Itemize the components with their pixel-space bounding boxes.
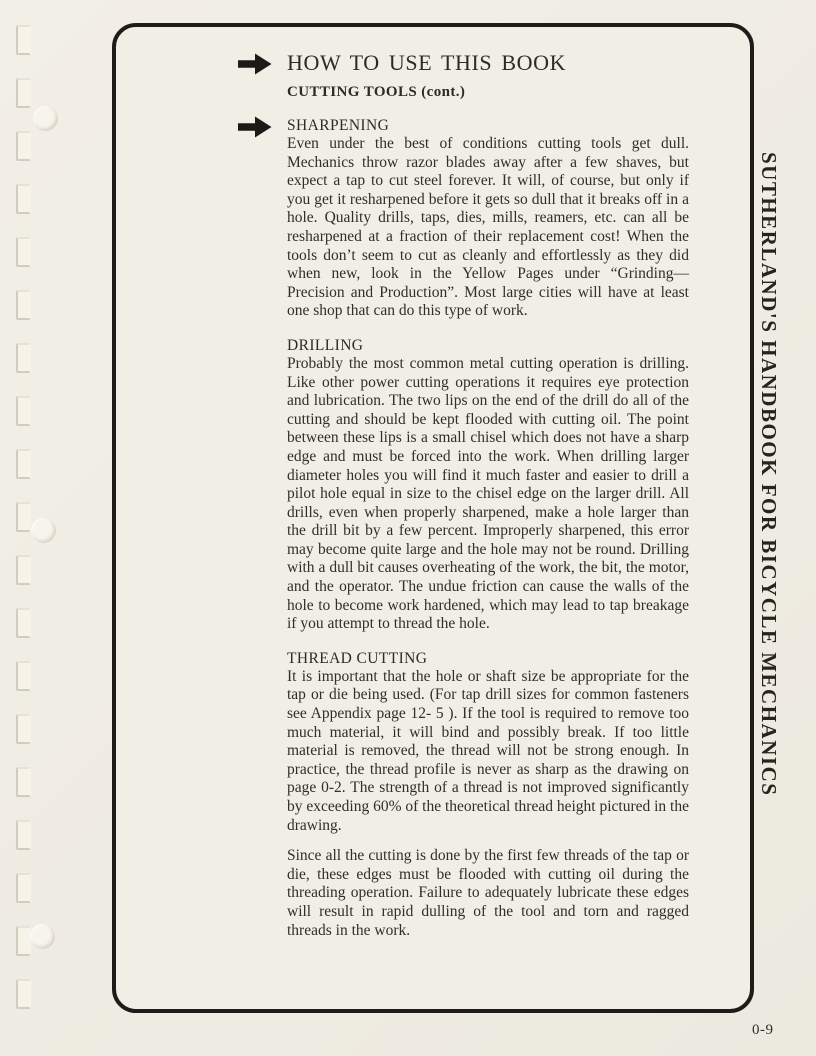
- section-paragraph: Since all the cutting is done by the fir…: [287, 847, 689, 940]
- arrow-right-icon: [238, 116, 272, 138]
- binding-mark: [16, 714, 31, 744]
- section-paragraph: Even under the best of conditions cuttin…: [287, 135, 689, 321]
- binding-mark: [16, 184, 31, 214]
- binding-mark: [16, 237, 31, 267]
- binder-ring-mark: [30, 924, 55, 949]
- binding-mark: [16, 608, 31, 638]
- section-thread-cutting: THREAD CUTTING It is important that the …: [287, 649, 689, 940]
- binding-mark: [16, 661, 31, 691]
- binding-mark: [16, 820, 31, 850]
- binding-mark: [16, 25, 31, 55]
- binding-mark: [16, 290, 31, 320]
- text-column: HOW TO USE THIS BOOK CUTTING TOOLS (cont…: [287, 49, 689, 940]
- book-title-sidebar: SUTHERLAND'S HANDBOOK FOR BICYCLE MECHAN…: [756, 152, 781, 796]
- arrow-right-icon: [238, 53, 272, 75]
- page-subtitle: CUTTING TOOLS (cont.): [287, 83, 689, 101]
- binding-mark: [16, 926, 31, 956]
- title-row: HOW TO USE THIS BOOK: [287, 49, 689, 77]
- content-frame: HOW TO USE THIS BOOK CUTTING TOOLS (cont…: [112, 23, 754, 1013]
- binding-mark: [16, 767, 31, 797]
- page-title: HOW TO USE THIS BOOK: [287, 49, 689, 77]
- binder-ring-mark: [33, 106, 58, 131]
- section-drilling: DRILLING Probably the most common metal …: [287, 336, 689, 634]
- section-heading: THREAD CUTTING: [287, 649, 689, 668]
- section-heading: DRILLING: [287, 336, 689, 355]
- binding-mark: [16, 396, 31, 426]
- binding-mark: [16, 449, 31, 479]
- scanned-book-page: HOW TO USE THIS BOOK CUTTING TOOLS (cont…: [0, 0, 816, 1056]
- section-paragraph: Probably the most common metal cutting o…: [287, 355, 689, 634]
- binder-ring-mark: [31, 518, 56, 543]
- binding-mark: [16, 343, 31, 373]
- binding-mark: [16, 502, 31, 532]
- binding-mark: [16, 555, 31, 585]
- section-sharpening: SHARPENING Even under the best of condit…: [287, 116, 689, 321]
- page-number: 0-9: [752, 1022, 774, 1039]
- binding-mark: [16, 979, 31, 1009]
- section-paragraph: It is important that the hole or shaft s…: [287, 668, 689, 835]
- binding-mark: [16, 131, 31, 161]
- section-heading: SHARPENING: [287, 116, 689, 135]
- binding-mark: [16, 873, 31, 903]
- binding-mark: [16, 78, 31, 108]
